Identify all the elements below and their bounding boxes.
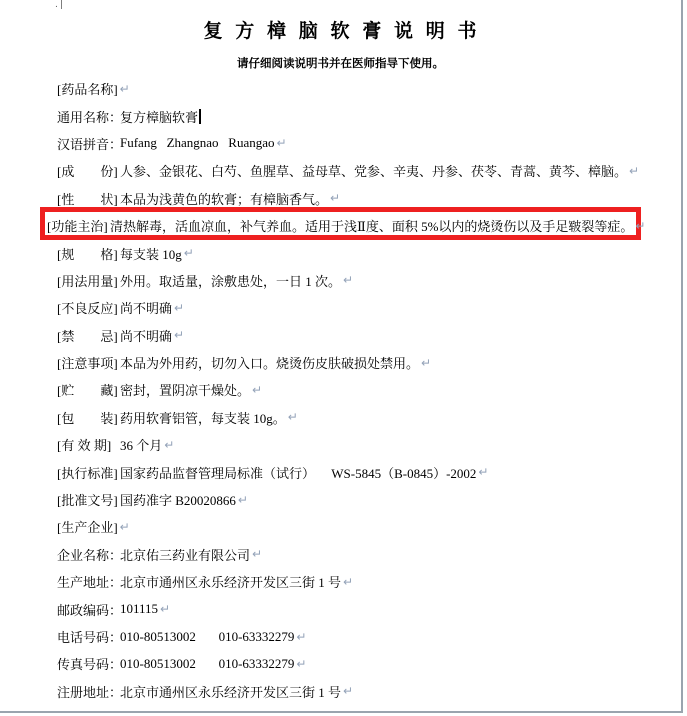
row-adverse-reactions-value[interactable]: 尚不明确 [120, 298, 172, 317]
row-standard-label: [执行标准] [57, 463, 120, 482]
row-storage[interactable]: [贮 藏]密封，置阴凉干燥处。↵ [0, 376, 687, 403]
row-storage-label: [贮 藏] [57, 380, 120, 399]
paragraph-mark-icon: ↵ [296, 630, 306, 644]
row-approval-number[interactable]: [批准文号]国药准字 B20020866↵ [0, 486, 687, 513]
paragraph-mark-icon: ↵ [252, 547, 262, 561]
row-precautions[interactable]: [注意事项]本品为外用药，切勿入口。烧烫伤皮肤破损处禁用。↵ [0, 349, 687, 376]
row-precautions-label: [注意事项] [57, 353, 120, 372]
row-drug-name[interactable]: [药品名称]↵ [0, 75, 687, 102]
row-adverse-reactions[interactable]: [不良反应]尚不明确↵ [0, 294, 687, 321]
paragraph-mark-icon: ↵ [343, 575, 353, 589]
paragraph-mark-icon: ↵ [343, 273, 353, 287]
row-storage-value[interactable]: 密封，置阴凉干燥处。 [120, 380, 250, 399]
row-precautions-value[interactable]: 本品为外用药，切勿入口。烧烫伤皮肤破损处禁用。 [120, 353, 419, 372]
row-phone-label: 电话号码： [57, 627, 120, 646]
row-dosage-value[interactable]: 外用。取适量，涂敷患处，一日 1 次。 [120, 271, 341, 290]
row-contraindications-label: [禁 忌] [57, 326, 120, 345]
row-ingredients[interactable]: [成 份]人参、金银花、白芍、鱼腥草、益母草、党参、辛夷、丹参、茯苓、青蒿、黄芩… [0, 157, 687, 184]
row-indications-label: [功能主治] [47, 216, 110, 235]
paragraph-mark-icon: ↵ [421, 356, 431, 370]
row-generic-name-value[interactable]: 复方樟脑软膏 [120, 107, 198, 126]
row-dosage[interactable]: [用法用量]外用。取适量，涂敷患处，一日 1 次。↵ [0, 267, 687, 294]
row-indications-value[interactable]: 清热解毒，活血凉血，补气养血。适用于浅Ⅱ度、面积 5%以内的烧烫伤以及手足皲裂等… [110, 216, 633, 235]
paragraph-mark-icon: ↵ [277, 136, 287, 150]
row-ingredients-label: [成 份] [57, 161, 120, 180]
paragraph-mark-icon: ↵ [174, 301, 184, 315]
paragraph-mark-icon: ↵ [174, 328, 184, 342]
document-page[interactable]: .| 复 方 樟 脑 软 膏 说 明 书 请仔细阅读说明书并在医师指导下使用。 … [0, 0, 687, 716]
paragraph-mark-icon: ↵ [164, 438, 174, 452]
row-description[interactable]: [性 状]本品为浅黄色的软膏；有樟脑香气。↵ [0, 185, 687, 212]
row-packaging[interactable]: [包 装]药用软膏铝管，每支装 10g。↵ [0, 404, 687, 431]
row-registered-address-label: 注册地址： [57, 682, 120, 701]
row-production-address-value[interactable]: 北京市通州区永乐经济开发区三街 1 号 [120, 572, 341, 591]
row-company-name-label: 企业名称： [57, 545, 120, 564]
row-description-label: [性 状] [57, 189, 120, 208]
row-standard-value[interactable]: 国家药品监督管理局标准（试行） WS-5845（B-0845）-2002 [120, 463, 476, 482]
row-approval-number-label: [批准文号] [57, 490, 120, 509]
row-fax[interactable]: 传真号码：010-80513002 010-63332279↵ [0, 650, 687, 677]
row-postcode-label: 邮政编码： [57, 600, 120, 619]
row-company-name-value[interactable]: 北京佑三药业有限公司 [120, 545, 250, 564]
row-fax-value[interactable]: 010-80513002 010-63332279 [120, 656, 294, 672]
row-drug-name-label: [药品名称] [57, 79, 118, 98]
row-description-value[interactable]: 本品为浅黄色的软膏；有樟脑香气。 [120, 189, 328, 208]
row-validity-value[interactable]: 36 个月 [120, 435, 162, 454]
row-registered-address-value[interactable]: 北京市通州区永乐经济开发区三街 1 号 [120, 682, 341, 701]
row-production-address[interactable]: 生产地址：北京市通州区永乐经济开发区三街 1 号↵ [0, 568, 687, 595]
row-generic-name-label: 通用名称： [57, 107, 120, 126]
doc-body: [药品名称]↵通用名称：复方樟脑软膏汉语拼音：Fufang Zhangnao R… [0, 75, 687, 705]
row-specification-value[interactable]: 每支装 10g [120, 244, 182, 263]
paragraph-mark-icon: ↵ [238, 493, 248, 507]
row-phone[interactable]: 电话号码：010-80513002 010-63332279↵ [0, 623, 687, 650]
row-specification-label: [规 格] [57, 244, 120, 263]
row-pinyin-value[interactable]: Fufang Zhangnao Ruangao [120, 135, 275, 151]
paragraph-mark-icon: ↵ [343, 684, 353, 698]
row-standard[interactable]: [执行标准]国家药品监督管理局标准（试行） WS-5845（B-0845）-20… [0, 458, 687, 485]
row-indications[interactable]: [功能主治]清热解毒，活血凉血，补气养血。适用于浅Ⅱ度、面积 5%以内的烧烫伤以… [0, 212, 687, 239]
row-postcode-value[interactable]: 101115 [120, 601, 158, 617]
row-production-address-label: 生产地址： [57, 572, 120, 591]
paragraph-mark-icon: ↵ [160, 602, 170, 616]
row-pinyin-label: 汉语拼音： [57, 134, 120, 153]
row-contraindications-value[interactable]: 尚不明确 [120, 326, 172, 345]
row-fax-label: 传真号码： [57, 654, 120, 673]
row-company-name[interactable]: 企业名称：北京佑三药业有限公司↵ [0, 541, 687, 568]
row-validity[interactable]: [有 效 期]36 个月↵ [0, 431, 687, 458]
row-generic-name[interactable]: 通用名称：复方樟脑软膏 [0, 102, 687, 129]
row-packaging-value[interactable]: 药用软膏铝管，每支装 10g。 [120, 408, 286, 427]
row-registered-address[interactable]: 注册地址：北京市通州区永乐经济开发区三街 1 号↵ [0, 678, 687, 705]
row-adverse-reactions-label: [不良反应] [57, 298, 120, 317]
doc-subtitle[interactable]: 请仔细阅读说明书并在医师指导下使用。 [0, 55, 681, 71]
row-validity-label: [有 效 期] [57, 435, 120, 454]
page-top-artifact: .| [55, 0, 65, 10]
row-manufacturer[interactable]: [生产企业]↵ [0, 513, 687, 540]
paragraph-mark-icon: ↵ [478, 465, 488, 479]
paragraph-mark-icon: ↵ [635, 219, 645, 233]
row-pinyin[interactable]: 汉语拼音：Fufang Zhangnao Ruangao↵ [0, 130, 687, 157]
paragraph-mark-icon: ↵ [629, 164, 639, 178]
paragraph-mark-icon: ↵ [120, 520, 130, 534]
paragraph-mark-icon: ↵ [288, 410, 298, 424]
paragraph-mark-icon: ↵ [184, 246, 194, 260]
paragraph-mark-icon: ↵ [120, 82, 130, 96]
row-manufacturer-label: [生产企业] [57, 517, 118, 536]
doc-title[interactable]: 复 方 樟 脑 软 膏 说 明 书 [0, 16, 681, 43]
row-dosage-label: [用法用量] [57, 271, 120, 290]
paragraph-mark-icon: ↵ [252, 383, 262, 397]
paragraph-mark-icon: ↵ [330, 191, 340, 205]
row-contraindications[interactable]: [禁 忌]尚不明确↵ [0, 322, 687, 349]
row-specification[interactable]: [规 格]每支装 10g↵ [0, 239, 687, 266]
text-cursor [199, 109, 201, 124]
row-approval-number-value[interactable]: 国药准字 B20020866 [120, 490, 236, 509]
paragraph-mark-icon: ↵ [296, 657, 306, 671]
row-phone-value[interactable]: 010-80513002 010-63332279 [120, 629, 294, 645]
row-postcode[interactable]: 邮政编码：101115↵ [0, 595, 687, 622]
page-bottom-edge [0, 711, 683, 713]
row-ingredients-value[interactable]: 人参、金银花、白芍、鱼腥草、益母草、党参、辛夷、丹参、茯苓、青蒿、黄芩、樟脑。 [120, 161, 627, 180]
row-packaging-label: [包 装] [57, 408, 120, 427]
